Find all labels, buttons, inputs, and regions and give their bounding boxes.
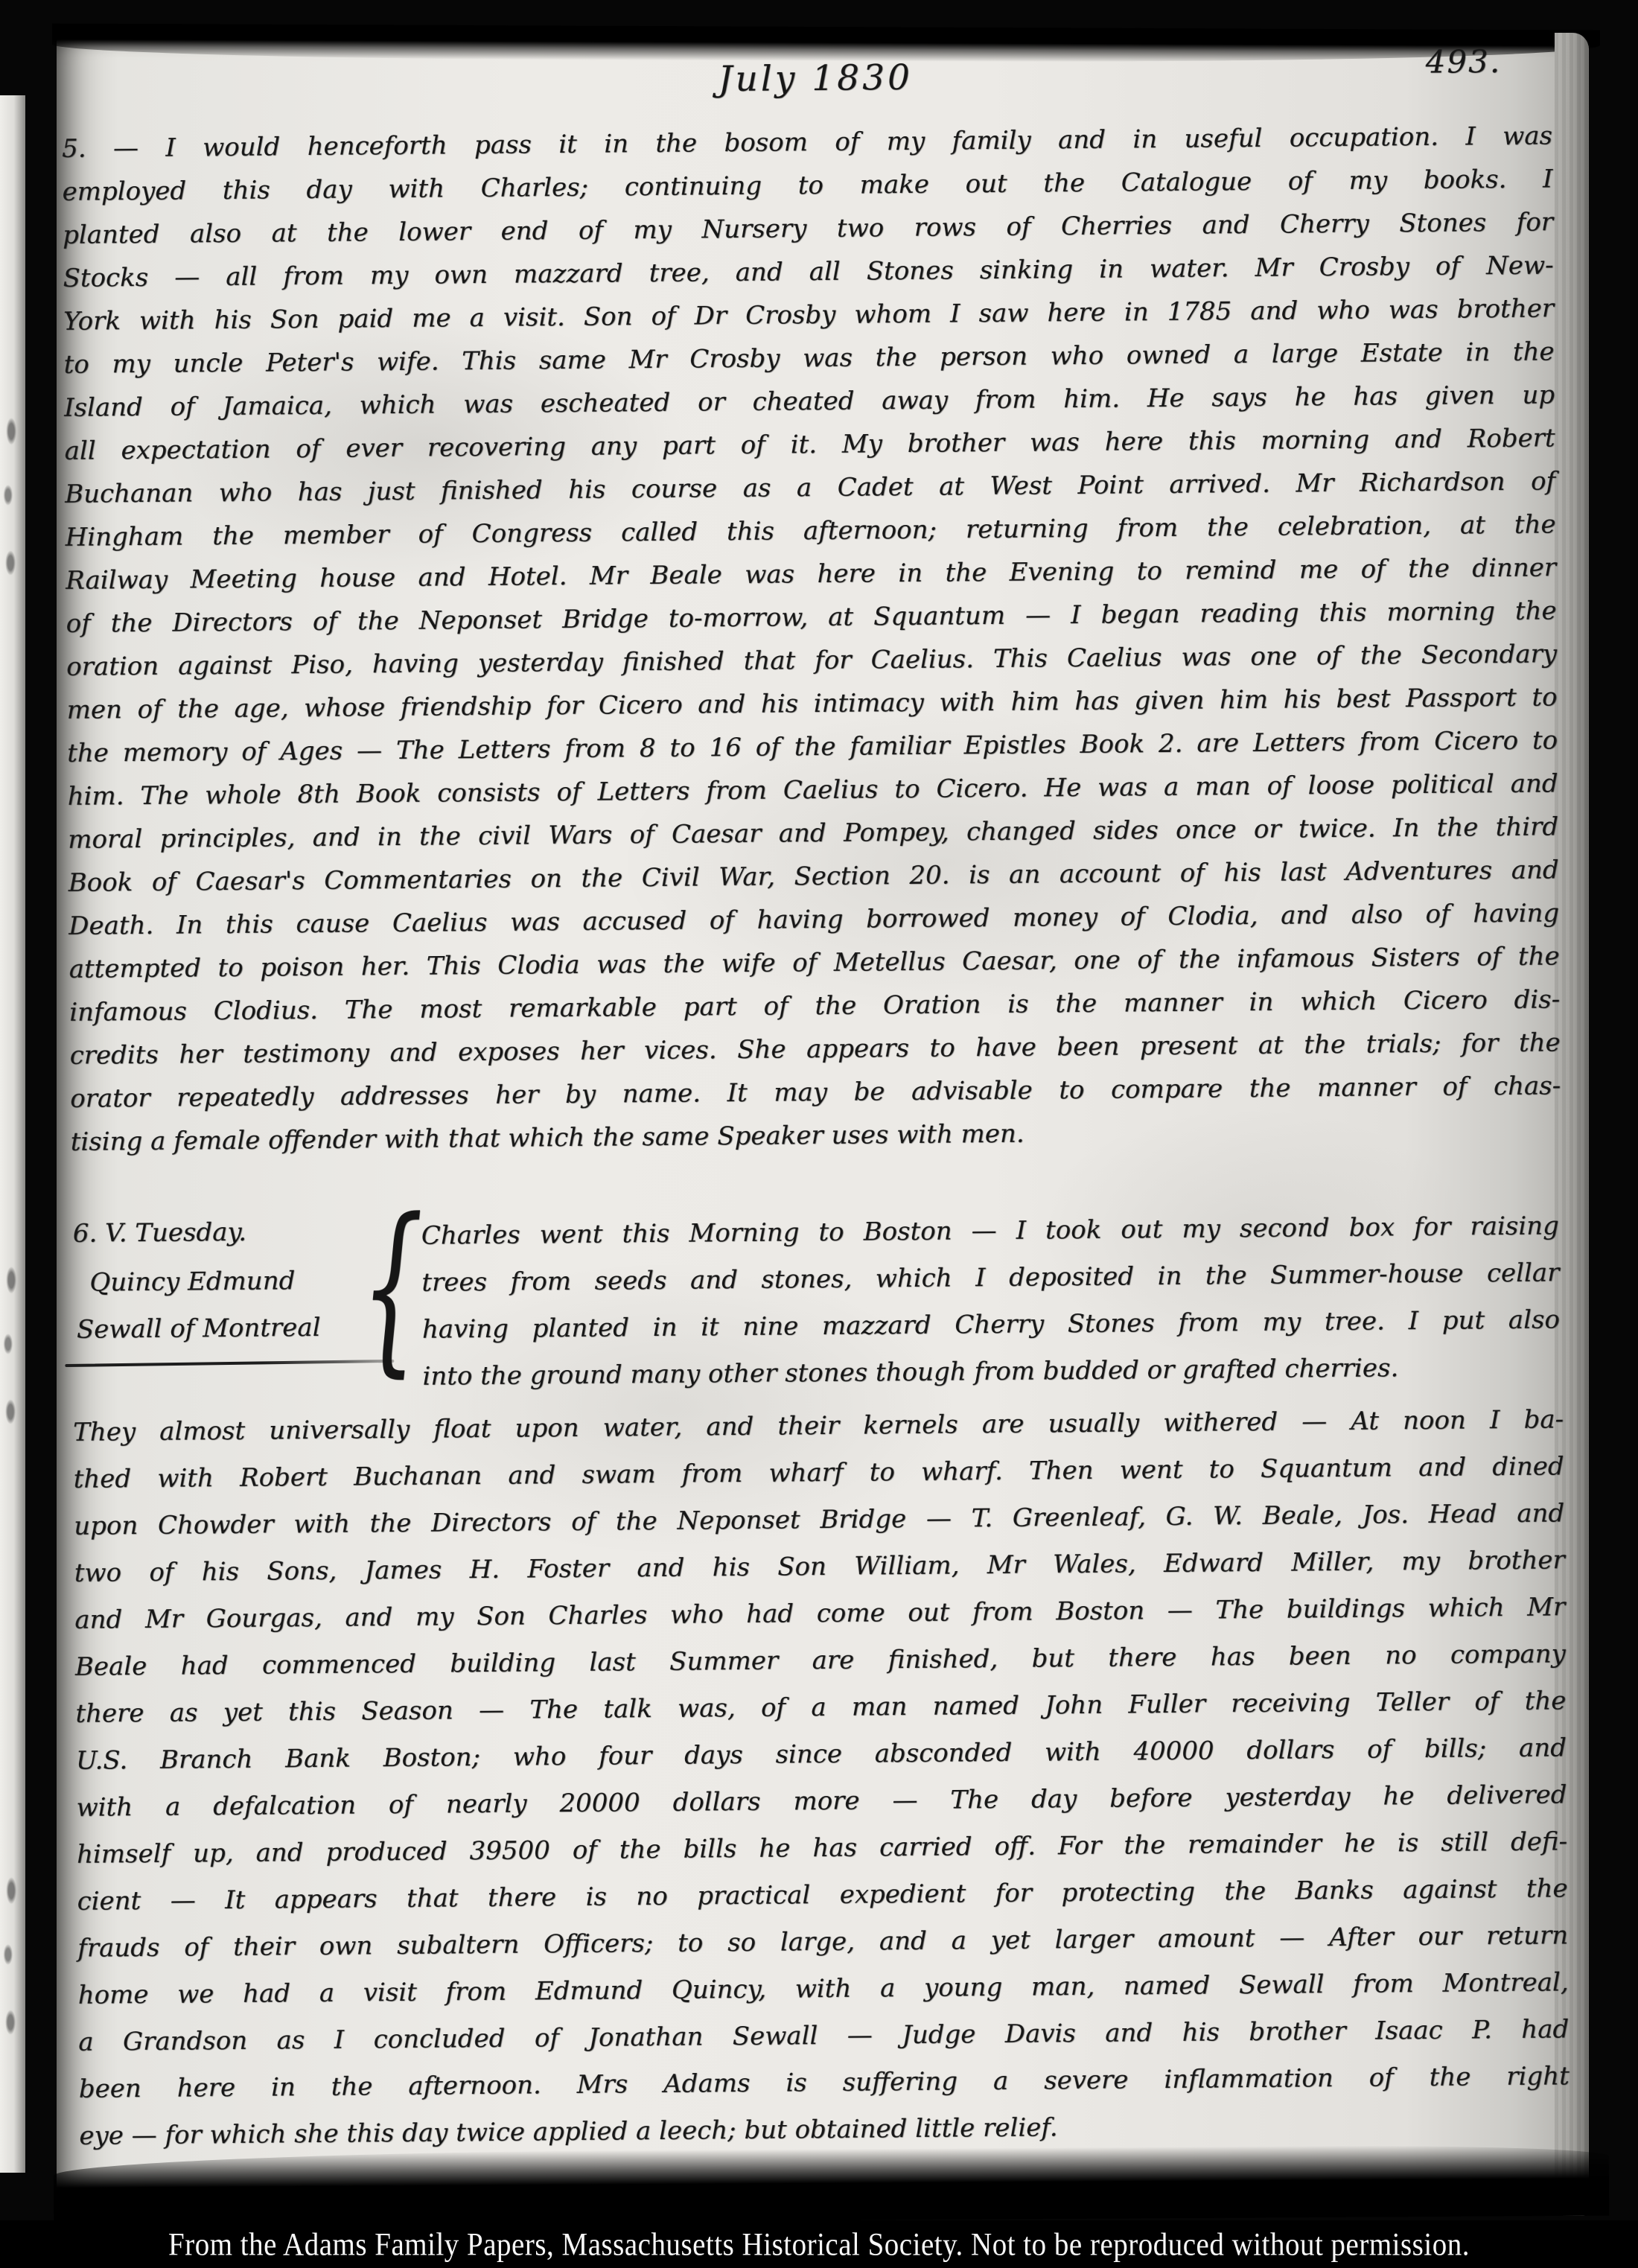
diary-entry-july-5: 5. — I would henceforth pass it in the b… bbox=[62, 114, 1561, 1163]
page-scan: 493. July 1830 5. — I would henceforth p… bbox=[57, 33, 1589, 2216]
archive-caption: From the Adams Family Papers, Massachuse… bbox=[168, 2226, 1470, 2263]
adjacent-page-edge bbox=[0, 95, 25, 2173]
scanned-document-view: { "page": { "number": "493.", "heading":… bbox=[0, 0, 1638, 2268]
date-heading: July 1830 bbox=[49, 51, 1581, 106]
margin-brace: { bbox=[360, 1195, 424, 1379]
bleed-through-marks bbox=[1, 1867, 18, 2061]
margin-note-visitor-2: Sewall of Montreal bbox=[77, 1313, 321, 1345]
manuscript-line: into the ground many other stones though… bbox=[422, 1343, 1560, 1400]
bleed-through-marks bbox=[1, 408, 18, 602]
photo-caption-bar: From the Adams Family Papers, Massachuse… bbox=[0, 2220, 1638, 2268]
diary-entry-july-6-body: They almost universally float upon water… bbox=[73, 1396, 1570, 2159]
margin-note-visitor-1: Quincy Edmund bbox=[89, 1266, 295, 1297]
diary-entry-july-6-indented: Charles went this Morning to Boston — I … bbox=[421, 1203, 1561, 1400]
margin-note-date: 6. V. Tuesday. bbox=[73, 1217, 246, 1249]
bleed-through-marks bbox=[1, 1257, 18, 1450]
manuscript-text-layer: 493. July 1830 5. — I would henceforth p… bbox=[49, 26, 1601, 2223]
margin-underline bbox=[65, 1360, 394, 1367]
